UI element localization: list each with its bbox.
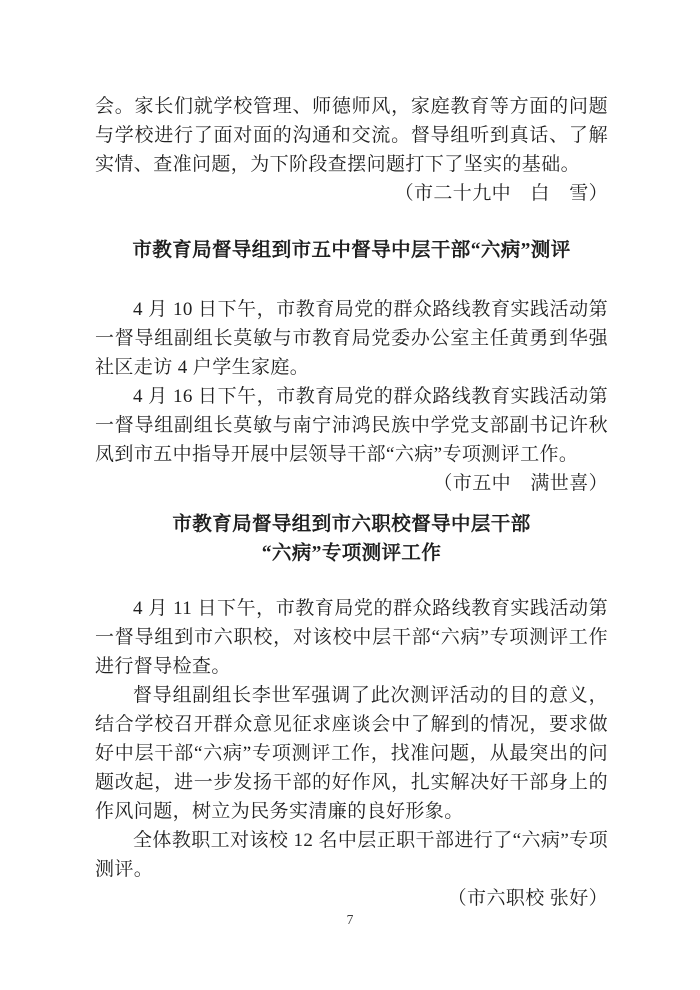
intro-continuation-paragraph: 会。家长们就学校管理、师德师风，家庭教育等方面的问题与学校进行了面对面的沟通和交… [95,92,608,179]
article1-byline: （市五中 满世喜） [95,469,608,498]
article2-paragraph-3: 全体教职工对该校 12 名中层正职干部进行了“六病”专项测评。 [95,826,608,884]
article2-byline: （市六职校 张好） [95,884,608,913]
page-number: 7 [0,912,700,928]
article1-paragraph-1: 4 月 10 日下午，市教育局党的群众路线教育实践活动第一督导组副组长莫敏与市教… [95,295,608,382]
article2-paragraph-1: 4 月 11 日下午，市教育局党的群众路线教育实践活动第一督导组到市六职校，对该… [95,594,608,681]
article1-paragraph-2: 4 月 16 日下午，市教育局党的群众路线教育实践活动第一督导组副组长莫敏与南宁… [95,382,608,469]
document-text-area: 会。家长们就学校管理、师德师风，家庭教育等方面的问题与学校进行了面对面的沟通和交… [95,92,608,913]
article2-title: 市教育局督导组到市六职校督导中层干部 “六病”专项测评工作 [95,510,608,568]
document-page: 会。家长们就学校管理、师德师风，家庭教育等方面的问题与学校进行了面对面的沟通和交… [0,0,700,990]
article1-title: 市教育局督导组到市五中督导中层干部“六病”测评 [95,236,608,265]
article2-paragraph-2: 督导组副组长李世军强调了此次测评活动的目的意义，结合学校召开群众意见征求座谈会中… [95,681,608,826]
intro-byline: （市二十九中 白 雪） [95,179,608,208]
article2-title-line1: 市教育局督导组到市六职校督导中层干部 [172,514,530,535]
article2-title-line2: “六病”专项测评工作 [262,543,442,564]
